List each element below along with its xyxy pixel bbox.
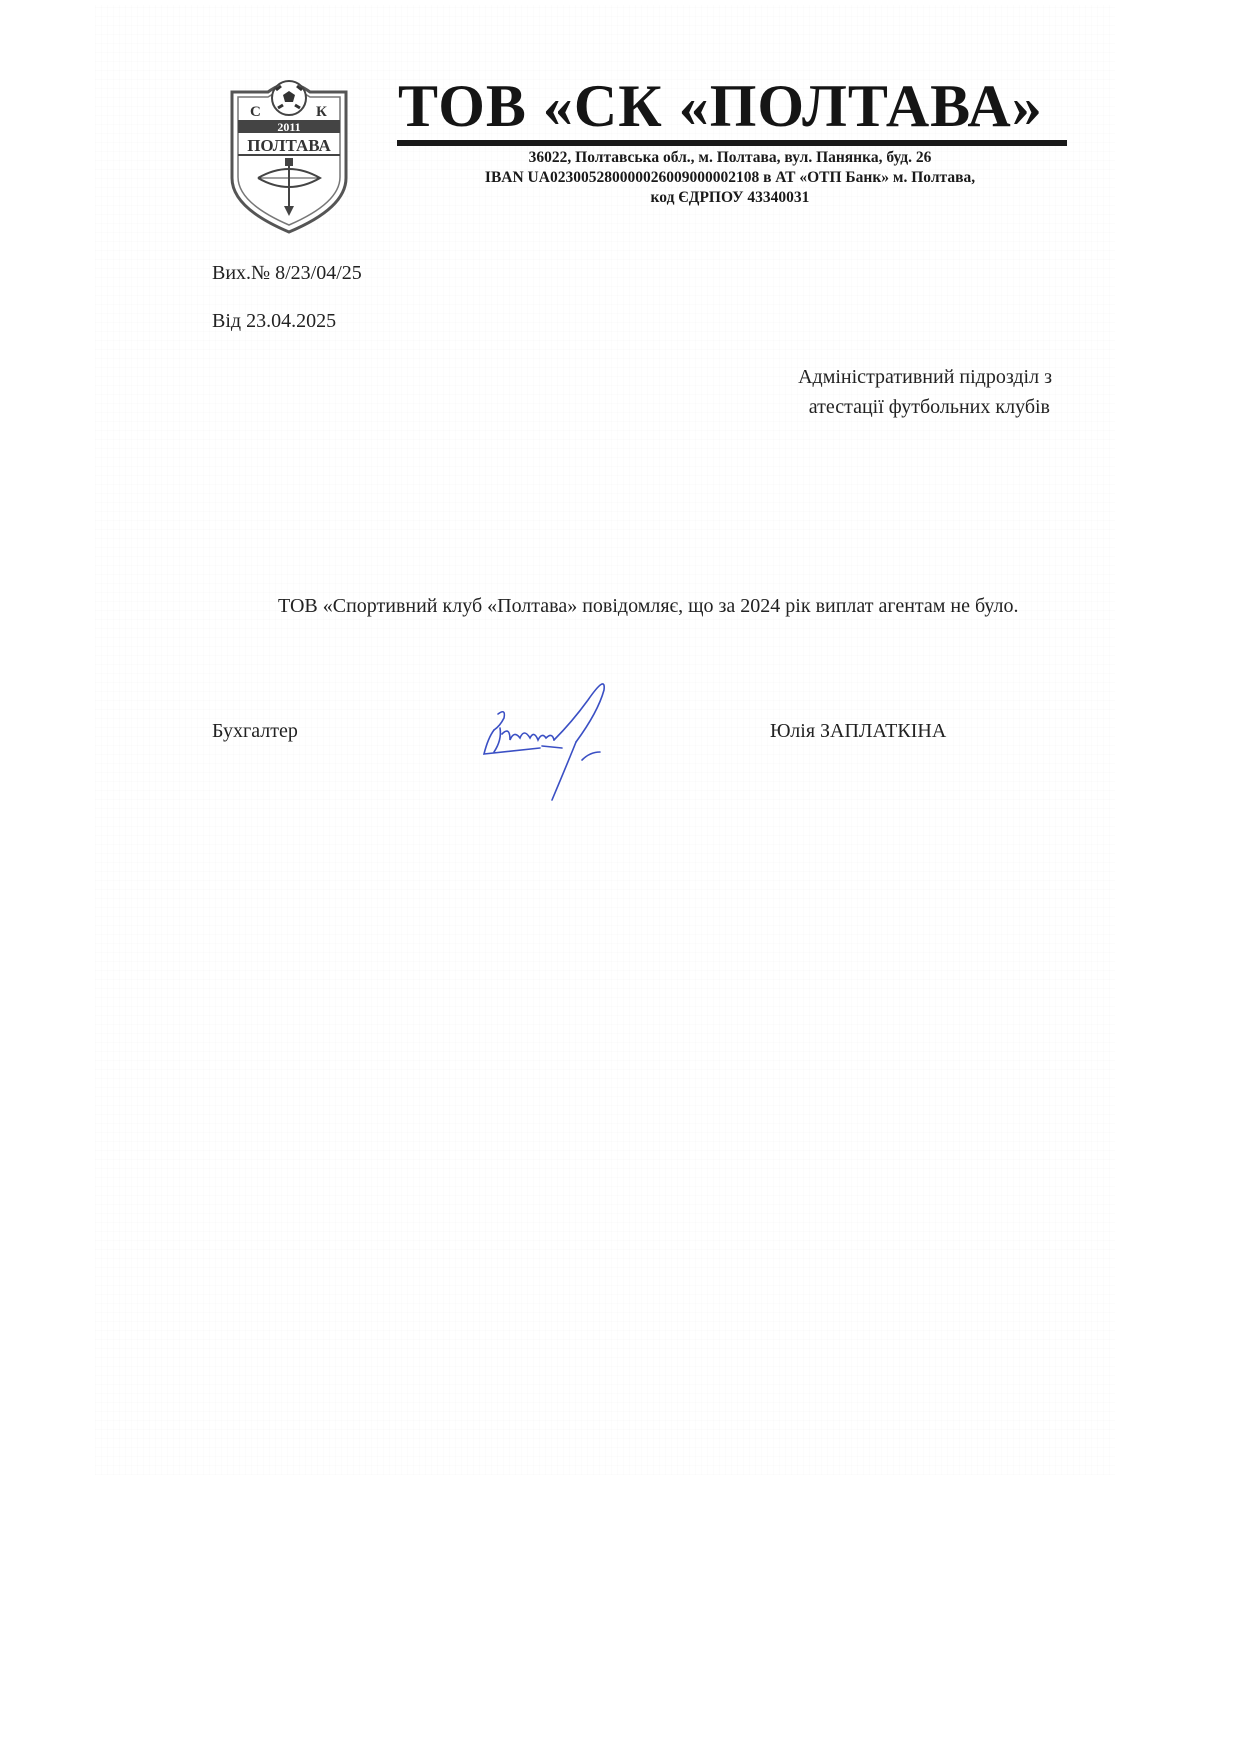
company-requisites: 36022, Полтавська обл., м. Полтава, вул.…: [400, 148, 1060, 208]
outgoing-number: Вих.№ 8/23/04/25: [212, 262, 362, 285]
company-edrpou: код ЄДРПОУ 43340031: [400, 188, 1060, 208]
company-iban: IBAN UA023005280000026009000002108 в АТ …: [400, 168, 1060, 188]
svg-text:ПОЛТАВА: ПОЛТАВА: [247, 136, 331, 155]
handwritten-signature-icon: [480, 682, 670, 812]
letter-body: ТОВ «Спортивний клуб «Полтава» повідомля…: [212, 590, 1032, 622]
club-crest-icon: С К 2011 ПОЛТАВА: [228, 78, 350, 234]
letter-date: Від 23.04.2025: [212, 310, 336, 333]
svg-text:К: К: [316, 104, 327, 120]
signatory-role: Бухгалтер: [212, 720, 298, 743]
svg-text:С: С: [250, 104, 261, 120]
recipient: Адміністративний підрозділ з атестації ф…: [700, 362, 1052, 422]
recipient-line-2: атестації футбольних клубів: [700, 392, 1052, 422]
svg-text:2011: 2011: [277, 120, 300, 134]
company-title: ТОВ «СК «ПОЛТАВА»: [398, 74, 1068, 138]
title-divider: [397, 140, 1067, 146]
recipient-line-1: Адміністративний підрозділ з: [700, 362, 1052, 392]
company-address: 36022, Полтавська обл., м. Полтава, вул.…: [400, 148, 1060, 168]
body-paragraph: ТОВ «Спортивний клуб «Полтава» повідомля…: [278, 595, 1019, 617]
signatory-name: Юлія ЗАПЛАТКІНА: [770, 720, 946, 743]
